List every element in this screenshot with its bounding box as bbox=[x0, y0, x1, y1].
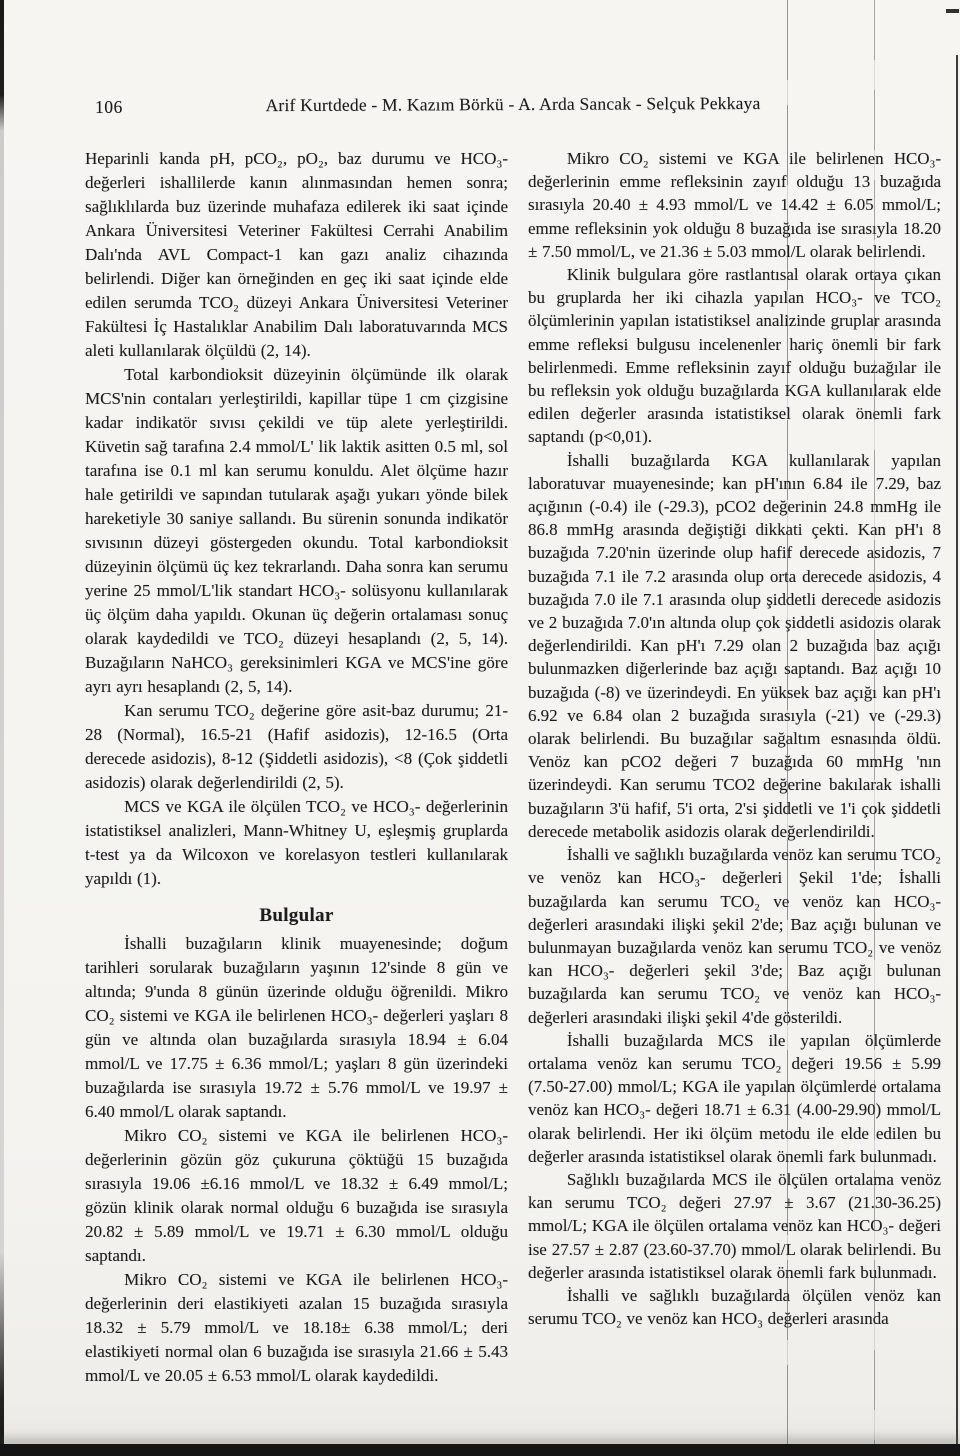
paragraph: Heparinli kanda pH, pCO₂, pO₂, baz durum… bbox=[85, 147, 508, 363]
authors-line: Arif Kurtdede - M. Kazım Börkü - A. Arda… bbox=[85, 92, 941, 117]
scanned-paper-page: 106 Arif Kurtdede - M. Kazım Börkü - A. … bbox=[0, 0, 960, 1456]
paragraph: Mikro CO₂ sistemi ve KGA ile belirlenen … bbox=[528, 147, 941, 263]
scan-edge-bottom bbox=[0, 1444, 960, 1456]
paragraph: İshalli buzağılarda KGA kullanılarak yap… bbox=[528, 449, 941, 843]
paragraph: Klinik bulgulara göre rastlantısal olara… bbox=[528, 263, 941, 449]
paragraph: Mikro CO₂ sistemi ve KGA ile belirlenen … bbox=[85, 1268, 508, 1388]
paragraph: İshalli buzağıların klinik muayenesinde;… bbox=[85, 932, 508, 1124]
two-column-body: Heparinli kanda pH, pCO₂, pO₂, baz durum… bbox=[85, 147, 941, 1388]
paragraph: Sağlıklı buzağılarda MCS ile ölçülen ort… bbox=[528, 1168, 941, 1284]
paragraph: Mikro CO₂ sistemi ve KGA ile belirlenen … bbox=[85, 1124, 508, 1268]
paragraph: İshalli ve sağlıklı buzağılarda ölçülen … bbox=[528, 1284, 941, 1330]
scan-fold-line bbox=[874, 0, 875, 1444]
page-content: 106 Arif Kurtdede - M. Kazım Börkü - A. … bbox=[85, 94, 941, 1388]
paragraph: İshalli buzağılarda MCS ile yapılan ölçü… bbox=[528, 1029, 941, 1168]
scan-mark-top-right bbox=[946, 9, 959, 13]
page-header: 106 Arif Kurtdede - M. Kazım Börkü - A. … bbox=[85, 94, 941, 122]
paragraph: Total karbondioksit düzeyinin ölçümünde … bbox=[85, 363, 508, 699]
scan-edge-right bbox=[956, 55, 958, 1444]
paragraph: İshalli ve sağlıklı buzağılarda venöz ka… bbox=[528, 843, 941, 1029]
scan-edge-left bbox=[0, 0, 4, 1456]
paragraph: Kan serumu TCO₂ değerine göre asit-baz d… bbox=[85, 699, 508, 795]
left-column: Heparinli kanda pH, pCO₂, pO₂, baz durum… bbox=[85, 147, 508, 1388]
section-heading-bulgular: Bulgular bbox=[85, 904, 508, 928]
right-column: Mikro CO₂ sistemi ve KGA ile belirlenen … bbox=[528, 147, 941, 1388]
scan-fold-line bbox=[787, 0, 788, 1444]
paragraph: MCS ve KGA ile ölçülen TCO₂ ve HCO₃- değ… bbox=[85, 795, 508, 891]
